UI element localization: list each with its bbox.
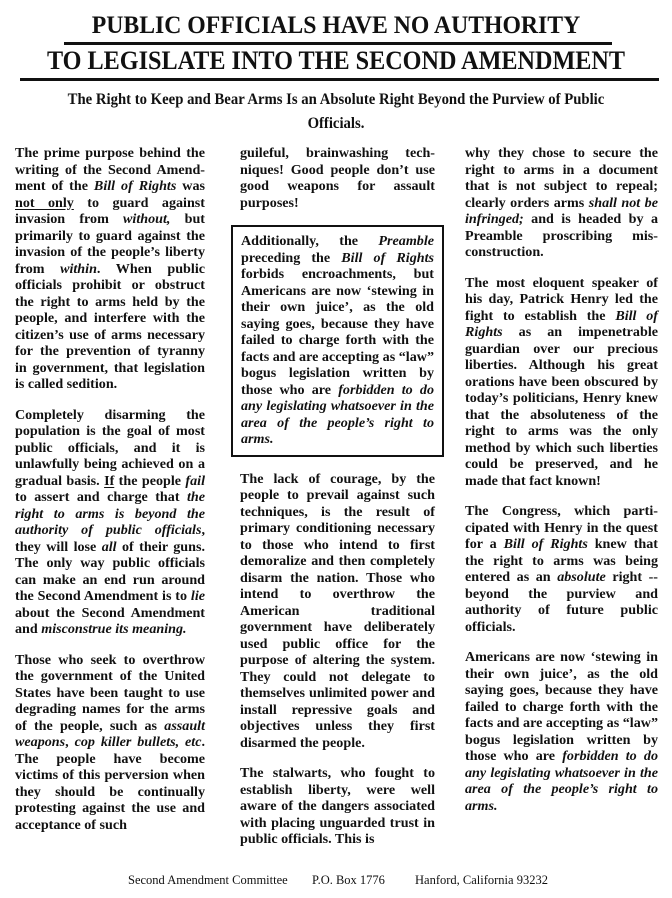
footer-address: Hanford, California 93232	[415, 872, 548, 888]
headline-underline-2	[20, 78, 659, 81]
column-3: why they chose to secure the right to ar…	[465, 145, 658, 814]
headline-underline-1	[64, 42, 612, 45]
paragraph: The lack of courage, by the people to pr…	[240, 471, 435, 752]
footer-organization: Second Amendment Committee	[128, 872, 288, 888]
paragraph: The stalwarts, who fought to establish l…	[240, 765, 435, 848]
boxed-callout: Additionally, the Preamble preceding the…	[231, 225, 444, 457]
paragraph: The Congress, which parti­cipated with H…	[465, 503, 658, 635]
paragraph: Completely disarming the population is t…	[15, 407, 205, 638]
column-2: guileful, brainwashing tech­niques! Good…	[240, 145, 435, 848]
column-1: The prime purpose behind the writing of …	[15, 145, 205, 833]
paragraph: The prime purpose behind the writing of …	[15, 145, 205, 393]
paragraph: why they chose to secure the right to ar…	[465, 145, 658, 261]
callout-text: Additionally, the Preamble preceding the…	[241, 233, 434, 448]
subtitle: The Right to Keep and Bear Arms Is an Ab…	[54, 88, 617, 136]
headline-line-2: TO LEGISLATE INTO THE SECOND AMENDMENT	[24, 47, 649, 75]
paragraph: Americans are now ‘stewing in their own …	[465, 649, 658, 814]
headline-line-1: PUBLIC OFFICIALS HAVE NO AUTHORITY	[24, 11, 649, 39]
paragraph: Those who seek to overthrow the governme…	[15, 652, 205, 834]
paragraph: The most eloquent speaker of his day, Pa…	[465, 275, 658, 490]
paragraph: guileful, brainwashing tech­niques! Good…	[240, 145, 435, 211]
footer-po-box: P.O. Box 1776	[312, 872, 385, 888]
